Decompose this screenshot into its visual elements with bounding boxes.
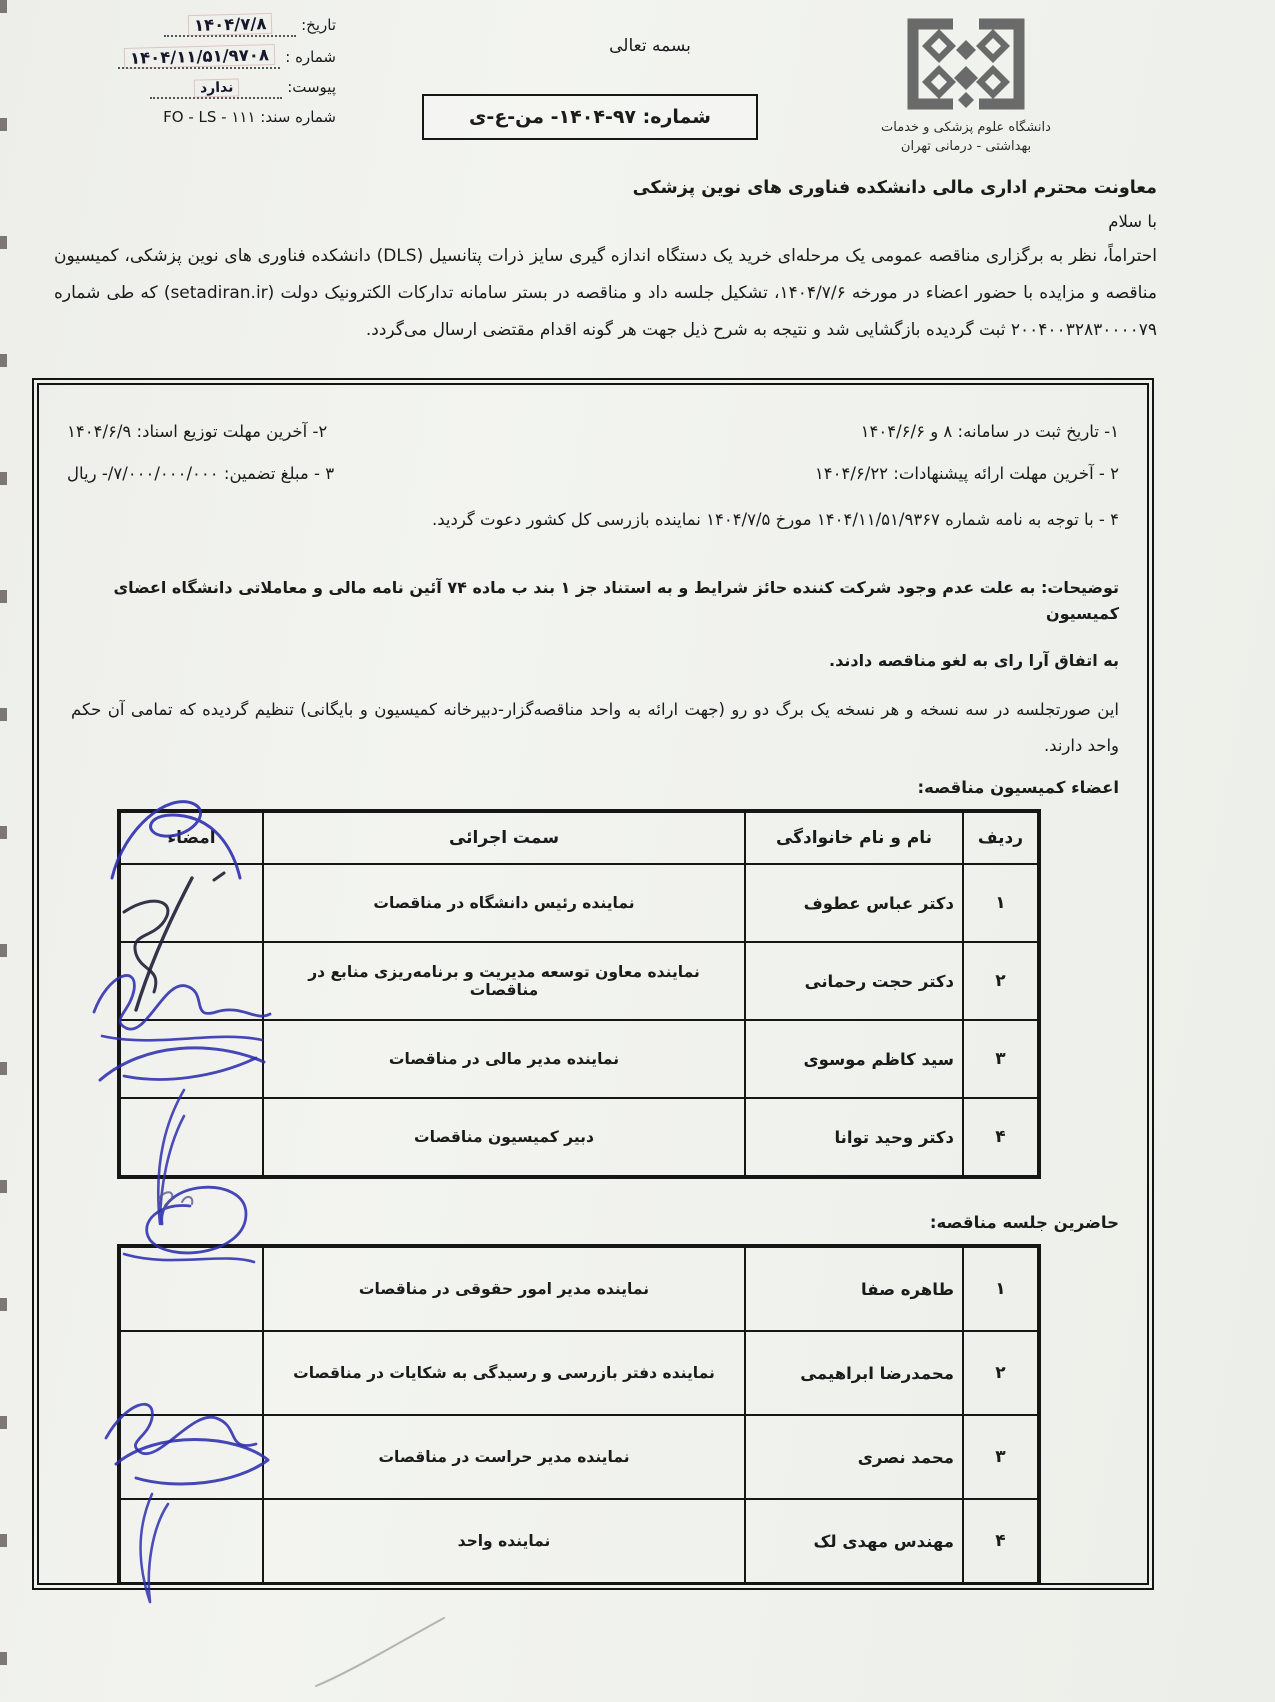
signature-cell: [119, 1331, 263, 1415]
number-line: شماره : ۱۴۰۴/۱۱/۵۱/۹۷۰۸: [26, 46, 336, 69]
scan-edge-artifacts: [0, 0, 7, 1702]
row-no: ۲: [963, 1331, 1039, 1415]
minutes-box-content: ۱- تاریخ ثبت در سامانه: ۸ و ۱۴۰۴/۶/۶ ۲- …: [39, 385, 1147, 1583]
attendee-name: مهندس مهدی لک: [745, 1499, 963, 1583]
attachment-dots: ندارد: [150, 78, 282, 99]
member-role: نماینده مدیر مالی در مناقصات: [263, 1020, 745, 1098]
row-no: ۴: [963, 1098, 1039, 1177]
doc-code-value: FO - LS - ۱۱۱: [163, 108, 255, 126]
reference-number-box: شماره: ۹۷-۱۴۰۴- من-ع-ی: [422, 94, 758, 140]
notes-text: به علت عدم وجود شرکت کننده حائز شرایط و …: [113, 578, 1119, 623]
attendee-name: طاهره صفا: [745, 1246, 963, 1331]
university-header: دانشگاه علوم پزشکی و خدمات بهداشتی - درم…: [868, 16, 1064, 156]
table-row: ۴ مهندس مهدی لک نماینده واحد: [119, 1499, 1039, 1583]
signature-cell: [119, 864, 263, 942]
row-no: ۳: [963, 1020, 1039, 1098]
signature-cell: [119, 942, 263, 1020]
letterhead-meta: تاریخ: ۱۴۰۴/۷/۸ شماره : ۱۴۰۴/۱۱/۵۱/۹۷۰۸ …: [26, 14, 336, 135]
member-name: دکتر عباس عطوف: [745, 864, 963, 942]
row-no: ۲: [963, 942, 1039, 1020]
commission-table: ردیف نام و نام خانوادگی سمت اجرائی امضاء…: [117, 809, 1041, 1179]
table-row: ۳ محمد نصری نماینده مدیر حراست در مناقصا…: [119, 1415, 1039, 1499]
number-value: ۱۴۰۴/۱۱/۵۱/۹۷۰۸: [123, 44, 274, 69]
table-row: ۲ دکتر حجت رحمانی نماینده معاون توسعه مد…: [119, 942, 1039, 1020]
member-name: دکتر حجت رحمانی: [745, 942, 963, 1020]
notes-label: توضیحات:: [1041, 578, 1119, 597]
copies-note: این صورتجلسه در سه نسخه و هر نسخه یک برگ…: [67, 692, 1119, 764]
member-name: سید کاظم موسوی: [745, 1020, 963, 1098]
attachment-label: پیوست:: [287, 78, 336, 96]
row-no: ۳: [963, 1415, 1039, 1499]
row-no: ۴: [963, 1499, 1039, 1583]
deadline-docs-item: ۲- آخرین مهلت توزیع اسناد: ۱۴۰۴/۶/۹: [67, 417, 327, 447]
addressee-title: معاونت محترم اداری مالی دانشکده فناوری ه…: [60, 178, 1157, 198]
bismillah: بسمه تعالی: [535, 36, 765, 56]
table-row: ۴ دکتر وحید توانا دبیر کمیسیون مناقصات: [119, 1098, 1039, 1177]
attendee-name: محمد نصری: [745, 1415, 963, 1499]
number-label: شماره :: [285, 48, 336, 66]
table-row: ۲ محمدرضا ابراهیمی نماینده دفتر بازرسی و…: [119, 1331, 1039, 1415]
table-row: ۱ طاهره صفا نماینده مدیر امور حقوقی در م…: [119, 1246, 1039, 1331]
attendees-table: ۱ طاهره صفا نماینده مدیر امور حقوقی در م…: [117, 1244, 1041, 1583]
notes-line-1: توضیحات: به علت عدم وجود شرکت کننده حائز…: [67, 575, 1119, 627]
member-role: نماینده معاون توسعه مدیریت و برنامه‌ریزی…: [263, 942, 745, 1020]
attendee-name: محمدرضا ابراهیمی: [745, 1331, 963, 1415]
doc-code-line: شماره سند: FO - LS - ۱۱۱: [26, 108, 336, 126]
attachment-line: پیوست: ندارد: [26, 78, 336, 99]
scanned-letter-page: تاریخ: ۱۴۰۴/۷/۸ شماره : ۱۴۰۴/۱۱/۵۱/۹۷۰۸ …: [0, 0, 1275, 1702]
tender-info-row-1: ۱- تاریخ ثبت در سامانه: ۸ و ۱۴۰۴/۶/۶ ۲- …: [67, 417, 1119, 447]
member-role: دبیر کمیسیون مناقصات: [263, 1098, 745, 1177]
signature-cell: [119, 1499, 263, 1583]
commission-title: اعضاء کمیسیون مناقصه:: [67, 778, 1119, 797]
minutes-box: ۱- تاریخ ثبت در سامانه: ۸ و ۱۴۰۴/۶/۶ ۲- …: [32, 378, 1154, 1590]
university-emblem-icon: [901, 16, 1031, 112]
signature-cell: [119, 1415, 263, 1499]
date-value: ۱۴۰۴/۷/۸: [188, 13, 273, 36]
date-dots: ۱۴۰۴/۷/۸: [164, 14, 296, 37]
member-name: دکتر وحید توانا: [745, 1098, 963, 1177]
header-row-no: ردیف: [963, 811, 1039, 864]
row-no: ۱: [963, 1246, 1039, 1331]
signature-cell: [119, 1098, 263, 1177]
letter-body: احتراماً، نظر به برگزاری مناقصه عمومی یک…: [54, 238, 1157, 349]
number-dots: ۱۴۰۴/۱۱/۵۱/۹۷۰۸: [118, 46, 281, 69]
doc-code-label: شماره سند:: [260, 108, 336, 126]
tender-info-row-2: ۲ - آخرین مهلت ارائه پیشنهادات: ۱۴۰۴/۶/۲…: [67, 459, 1119, 489]
header-signature: امضاء: [119, 811, 263, 864]
date-label: تاریخ:: [301, 16, 336, 34]
attendee-role: نماینده مدیر حراست در مناقصات: [263, 1415, 745, 1499]
commission-header-row: ردیف نام و نام خانوادگی سمت اجرائی امضاء: [119, 811, 1039, 864]
header-name: نام و نام خانوادگی: [745, 811, 963, 864]
signature-cell: [119, 1020, 263, 1098]
attendee-role: نماینده مدیر امور حقوقی در مناقصات: [263, 1246, 745, 1331]
date-line: تاریخ: ۱۴۰۴/۷/۸: [26, 14, 336, 37]
attendees-title: حاضرین جلسه مناقصه:: [67, 1213, 1119, 1232]
attendee-role: نماینده واحد: [263, 1499, 745, 1583]
deadline-offers-item: ۲ - آخرین مهلت ارائه پیشنهادات: ۱۴۰۴/۶/۲…: [815, 459, 1119, 489]
table-row: ۱ دکتر عباس عطوف نماینده رئیس دانشگاه در…: [119, 864, 1039, 942]
table-row: ۳ سید کاظم موسوی نماینده مدیر مالی در من…: [119, 1020, 1039, 1098]
faint-pen-stroke: [310, 1612, 450, 1692]
guarantee-item: ۳ - مبلغ تضمین: ۷/۰۰۰/۰۰۰/۰۰۰/- ریال: [67, 459, 334, 489]
university-name-line2: بهداشتی - درمانی تهران: [868, 137, 1064, 156]
header-role: سمت اجرائی: [263, 811, 745, 864]
attachment-value: ندارد: [193, 78, 239, 97]
notes-line-2: به اتفاق آرا رای به لغو مناقصه دادند.: [67, 651, 1119, 670]
inspector-invite-item: ۴ - با توجه به نامه شماره ۱۴۰۴/۱۱/۵۱/۹۳۶…: [67, 505, 1119, 535]
university-name-line1: دانشگاه علوم پزشکی و خدمات: [868, 118, 1064, 137]
row-no: ۱: [963, 864, 1039, 942]
member-role: نماینده رئیس دانشگاه در مناقصات: [263, 864, 745, 942]
reg-date-item: ۱- تاریخ ثبت در سامانه: ۸ و ۱۴۰۴/۶/۶: [861, 417, 1119, 447]
signature-cell: [119, 1246, 263, 1331]
salutation: با سلام: [1108, 212, 1157, 231]
university-name: دانشگاه علوم پزشکی و خدمات بهداشتی - درم…: [868, 118, 1064, 156]
attendee-role: نماینده دفتر بازرسی و رسیدگی به شکایات د…: [263, 1331, 745, 1415]
